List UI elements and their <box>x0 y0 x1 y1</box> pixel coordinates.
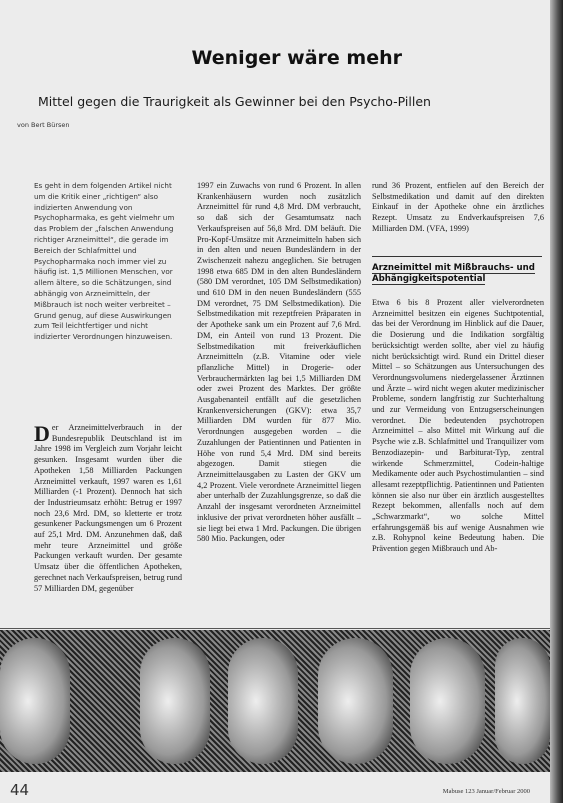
drop-cap: D <box>34 424 50 443</box>
article-subtitle: Mittel gegen die Traurigkeit als Gewinne… <box>38 94 431 109</box>
blister-pill-icon <box>495 638 550 764</box>
sidebar-box-rule <box>372 256 542 257</box>
photo-rule <box>0 628 550 629</box>
article-lead: Es geht in dem folgenden Artikel nicht u… <box>34 181 177 343</box>
magazine-page: Weniger wäre mehr Mittel gegen die Traur… <box>0 0 550 803</box>
page-binding-edge <box>550 0 563 803</box>
blister-pill-icon <box>0 638 70 764</box>
article-byline: von Bert Bürsen <box>17 121 70 129</box>
blister-pill-icon <box>410 638 485 764</box>
column-3: rund 36 Prozent, entfielen auf den Berei… <box>372 181 544 235</box>
blister-pill-icon <box>228 638 298 764</box>
column-2: 1997 ein Zuwachs von rund 6 Prozent. In … <box>197 181 361 545</box>
blister-pill-icon <box>140 638 210 764</box>
column-1: Der Arzneimittelverbrauch in der Bundesr… <box>34 423 182 594</box>
issue-footer: Mabuse 123 Januar/Februar 2000 <box>443 788 530 795</box>
column-1-text: er Arzneimittelverbrauch in der Bundesre… <box>34 423 182 593</box>
article-title: Weniger wäre mehr <box>191 47 402 69</box>
sidebar-box-title: Arzneimittel mit Mißbrauchs- und Abhängi… <box>372 263 544 285</box>
page-number: 44 <box>10 781 29 799</box>
sidebar-box-text: Etwa 6 bis 8 Prozent aller vielverordnet… <box>372 298 544 555</box>
blister-pill-icon <box>318 638 393 764</box>
pill-blister-photo <box>0 630 550 772</box>
